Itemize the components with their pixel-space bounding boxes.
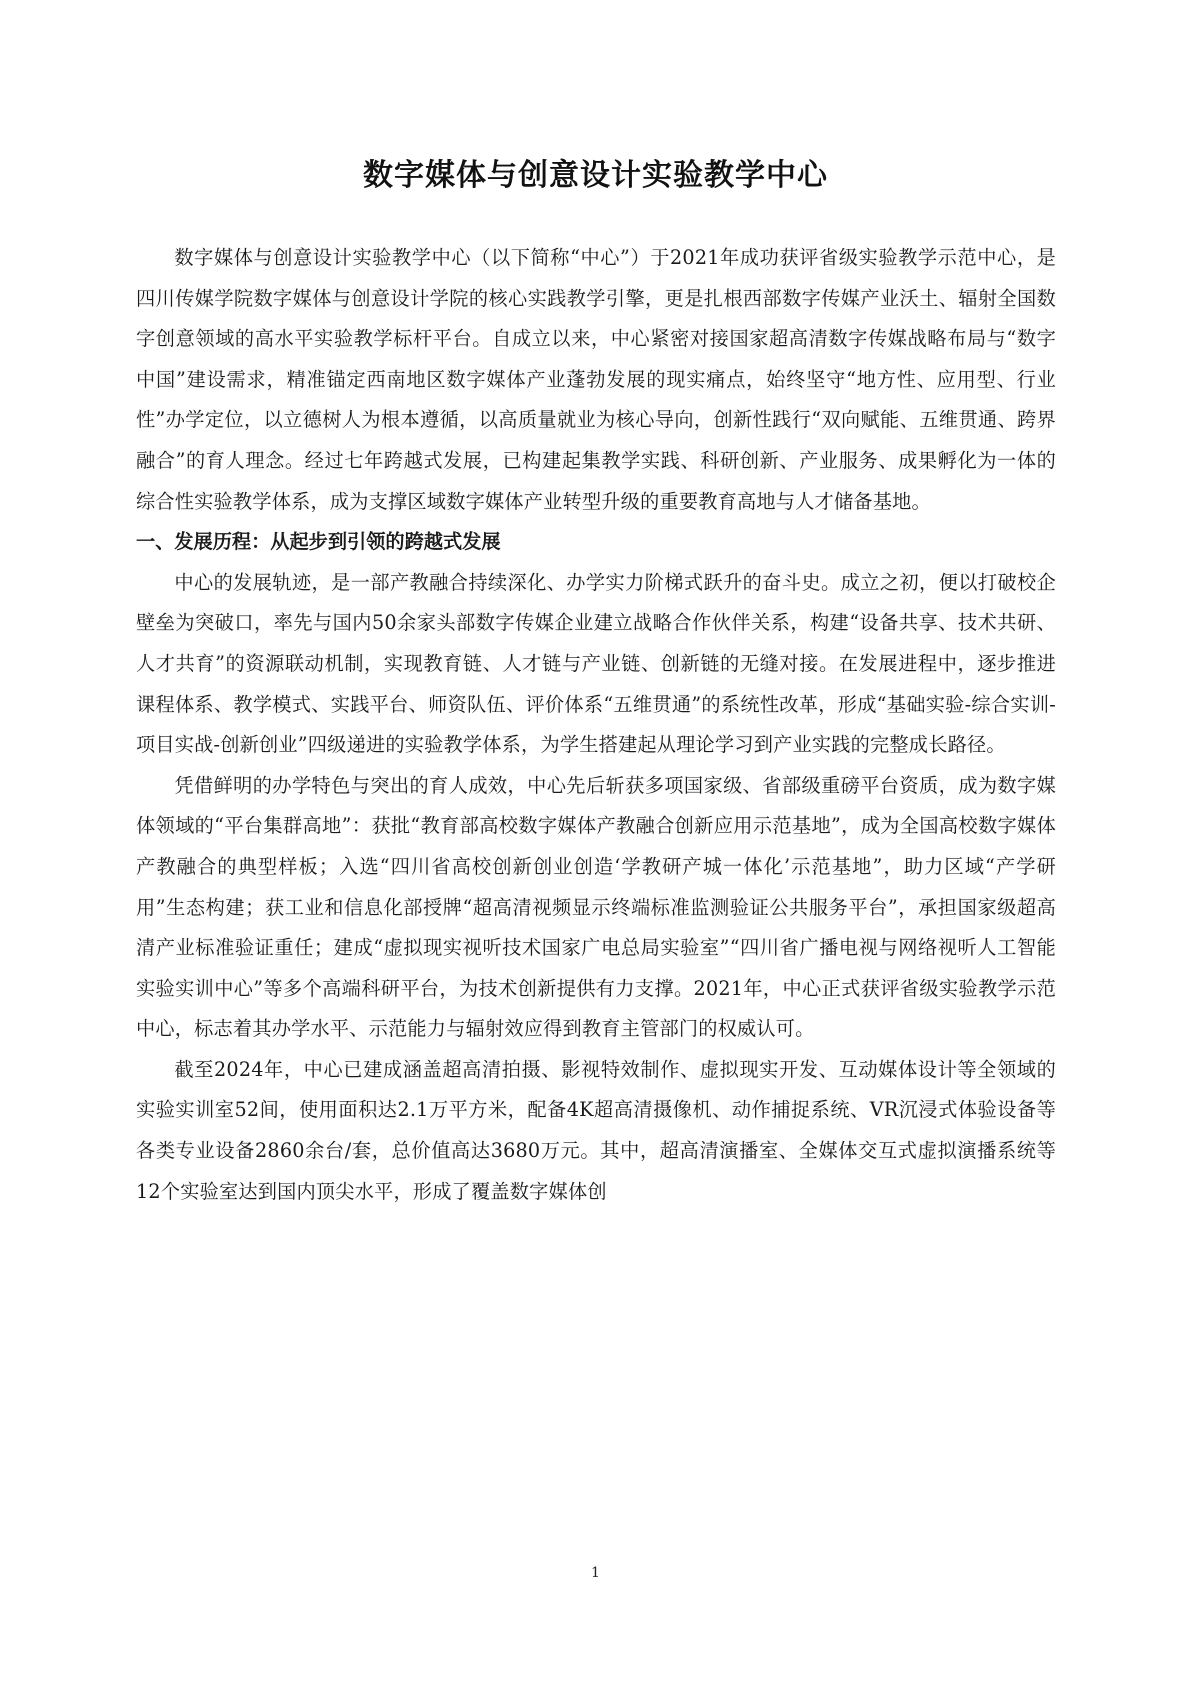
body-paragraph: 凭借鲜明的办学特色与突出的育人成效，中心先后斩获多项国家级、省部级重磅平台资质，… [136,766,1056,1050]
body-paragraph: 中心的发展轨迹，是一部产教融合持续深化、办学实力阶梯式跃升的奋斗史。成立之初，便… [136,563,1056,766]
document-body: 数字媒体与创意设计实验教学中心（以下简称“中心”）于2021年成功获评省级实验教… [136,238,1056,1212]
intro-paragraph: 数字媒体与创意设计实验教学中心（以下简称“中心”）于2021年成功获评省级实验教… [136,238,1056,522]
document-title: 数字媒体与创意设计实验教学中心 [0,150,1191,194]
section-heading: 一、发展历程：从起步到引领的跨越式发展 [136,522,1056,563]
document-page: 数字媒体与创意设计实验教学中心 数字媒体与创意设计实验教学中心（以下简称“中心”… [0,0,1191,1684]
body-paragraph: 截至2024年，中心已建成涵盖超高清拍摄、影视特效制作、虚拟现实开发、互动媒体设… [136,1050,1056,1212]
page-number: 1 [0,1565,1191,1581]
